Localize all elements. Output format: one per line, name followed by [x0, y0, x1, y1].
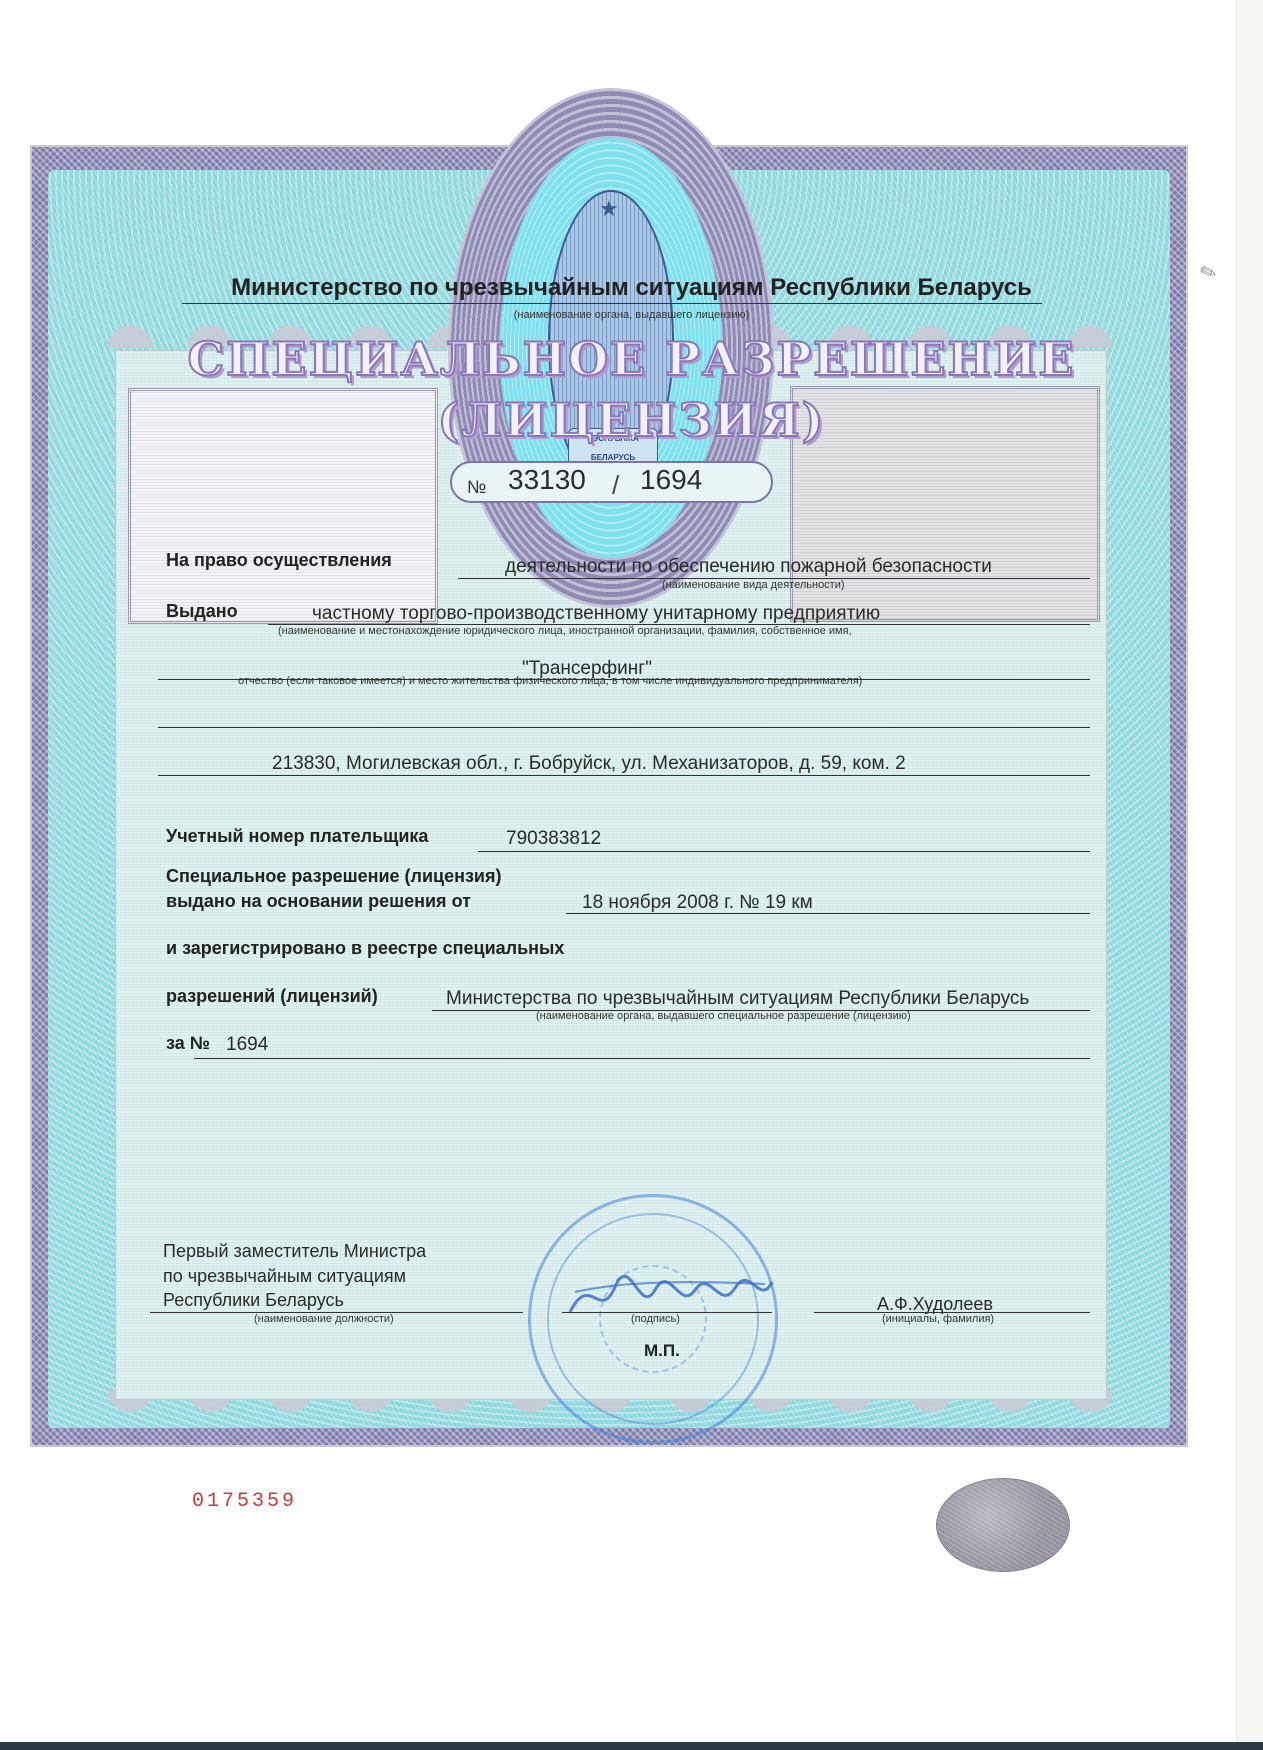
star-icon: ★ [599, 196, 619, 222]
registry-label-line1: и зарегистрировано в реестре специальных [166, 938, 564, 959]
seal-mark: М.П. [644, 1341, 680, 1361]
issuing-authority-caption: (наименование органа, выдавшего лицензию… [0, 309, 1263, 321]
taxpayer-number-label: Учетный номер плательщика [166, 826, 428, 847]
signer-position-line1: Первый заместитель Министра [163, 1241, 426, 1262]
scan-bottom-edge [0, 1742, 1263, 1750]
registry-label-line2: разрешений (лицензий) [166, 986, 378, 1007]
company-address: 213830, Могилевская обл., г. Бобруйск, у… [272, 753, 906, 775]
decision-label-line2: выдано на основании решения от [166, 891, 471, 912]
registry-number-label: за № [166, 1033, 210, 1054]
license-registry-number: 1694 [640, 464, 702, 496]
scan-page-edge [1236, 0, 1263, 1750]
issued-to-label: Выдано [166, 601, 238, 622]
decision-label-line1: Специальное разрешение (лицензия) [166, 866, 502, 887]
registry-caption: (наименование органа, выдавшего специаль… [536, 1010, 911, 1022]
signer-position-line3: Республики Беларусь [163, 1290, 344, 1311]
decision-value: 18 ноября 2008 г. № 19 км [582, 892, 813, 914]
taxpayer-underline [478, 851, 1090, 852]
serial-number: 0175359 [192, 1490, 297, 1513]
company-name-caption: отчество (если таковое имеется) и место … [238, 675, 862, 687]
signer-position-line2: по чрезвычайным ситуациям [163, 1266, 406, 1287]
registry-number: 1694 [226, 1034, 268, 1056]
document-title: СПЕЦИАЛЬНОЕ РАЗРЕШЕНИЕ [0, 332, 1263, 386]
signer-name-caption: (инициалы, фамилия) [882, 1313, 994, 1325]
activity-label: На право осуществления [166, 550, 392, 571]
number-separator: / [612, 470, 619, 501]
taxpayer-number: 790383812 [506, 828, 601, 850]
activity-caption: (наименование вида деятельности) [662, 579, 845, 591]
issued-to-caption: (наименование и местонахождение юридичес… [278, 625, 852, 637]
number-sign: № [467, 477, 486, 498]
registry-value: Министерства по чрезвычайным ситуациям Р… [446, 988, 1029, 1010]
issuing-authority: Министерство по чрезвычайным ситуациям Р… [0, 274, 1263, 302]
license-number: 33130 [508, 464, 586, 496]
issued-to-value: частному торгово-производственному унита… [312, 603, 880, 625]
address-underline [158, 775, 1090, 776]
signature-caption: (подпись) [631, 1313, 680, 1325]
activity-value: деятельности по обеспечению пожарной без… [505, 556, 992, 578]
blank-line [158, 727, 1090, 728]
authority-underline [182, 303, 1042, 304]
decision-underline [566, 913, 1090, 914]
position-caption: (наименование должности) [254, 1313, 394, 1325]
registry-number-underline [194, 1058, 1090, 1059]
document-subtitle: (ЛИЦЕНЗИЯ) [0, 393, 1263, 447]
hologram-sticker-icon [936, 1478, 1070, 1572]
